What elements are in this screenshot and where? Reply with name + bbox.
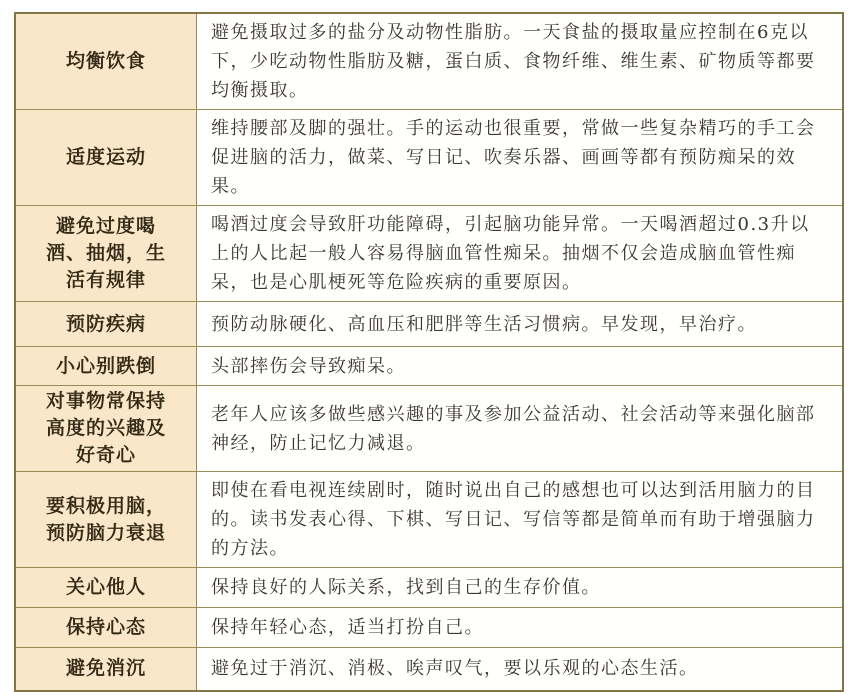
table-row: 关心他人 保持良好的人际关系，找到自己的生存价值。 [15,568,843,608]
tip-title: 适度运动 [15,110,197,206]
tip-content: 保持年轻心态，适当打扮自己。 [197,608,844,648]
tip-content: 避免过于消沉、消极、唉声叹气，要以乐观的心态生活。 [197,648,844,691]
table-row: 避免消沉 避免过于消沉、消极、唉声叹气，要以乐观的心态生活。 [15,648,843,691]
tip-title: 小心别跌倒 [15,347,197,386]
table-row: 预防疾病 预防动脉硬化、高血压和肥胖等生活习惯病。早发现，早治疗。 [15,302,843,347]
table-row: 避免过度喝 酒、抽烟，生 活有规律 喝酒过度会导致肝功能障碍，引起脑功能异常。一… [15,206,843,302]
table-row: 均衡饮食 避免摄取过多的盐分及动物性脂肪。一天食盐的摄取量应控制在6克以下，少吃… [15,13,843,110]
page: 均衡饮食 避免摄取过多的盐分及动物性脂肪。一天食盐的摄取量应控制在6克以下，少吃… [0,0,858,606]
tip-title: 关心他人 [15,568,197,608]
tip-content: 头部摔伤会导致痴呆。 [197,347,844,386]
tip-content: 保持良好的人际关系，找到自己的生存价值。 [197,568,844,608]
table-row: 小心别跌倒 头部摔伤会导致痴呆。 [15,347,843,386]
tip-content: 避免摄取过多的盐分及动物性脂肪。一天食盐的摄取量应控制在6克以下，少吃动物性脂肪… [197,13,844,110]
tip-title: 要积极用脑， 预防脑力衰退 [15,472,197,568]
tip-content: 预防动脉硬化、高血压和肥胖等生活习惯病。早发现，早治疗。 [197,302,844,347]
tip-content: 维持腰部及脚的强壮。手的运动也很重要，常做一些复杂精巧的手工会促进脑的活力，做菜… [197,110,844,206]
table-row: 要积极用脑， 预防脑力衰退 即使在看电视连续剧时，随时说出自己的感想也可以达到活… [15,472,843,568]
tip-content: 喝酒过度会导致肝功能障碍，引起脑功能异常。一天喝酒超过0.3升以上的人比起一般人… [197,206,844,302]
tip-title: 保持心态 [15,608,197,648]
tip-content: 即使在看电视连续剧时，随时说出自己的感想也可以达到活用脑力的目的。读书发表心得、… [197,472,844,568]
tip-title: 避免过度喝 酒、抽烟，生 活有规律 [15,206,197,302]
table-row: 保持心态 保持年轻心态，适当打扮自己。 [15,608,843,648]
tip-title: 对事物常保持 高度的兴趣及 好奇心 [15,386,197,472]
tip-title: 预防疾病 [15,302,197,347]
table-row: 适度运动 维持腰部及脚的强壮。手的运动也很重要，常做一些复杂精巧的手工会促进脑的… [15,110,843,206]
table-row: 对事物常保持 高度的兴趣及 好奇心 老年人应该多做些感兴趣的事及参加公益活动、社… [15,386,843,472]
tip-title: 均衡饮食 [15,13,197,110]
tip-content: 老年人应该多做些感兴趣的事及参加公益活动、社会活动等来强化脑部神经，防止记忆力减… [197,386,844,472]
tip-title: 避免消沉 [15,648,197,691]
dementia-prevention-tips-table: 均衡饮食 避免摄取过多的盐分及动物性脂肪。一天食盐的摄取量应控制在6克以下，少吃… [14,12,844,692]
